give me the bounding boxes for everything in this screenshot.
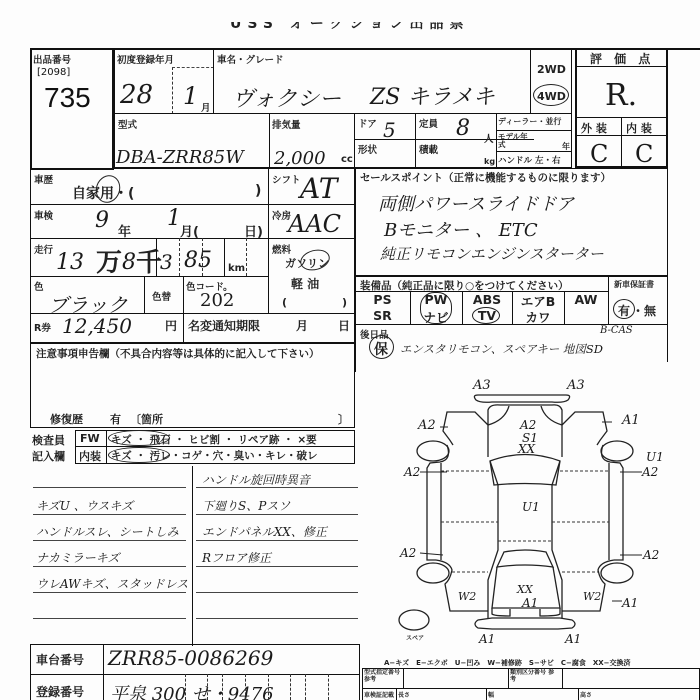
mark: U1 xyxy=(646,450,664,464)
mark: A2 xyxy=(418,418,436,433)
mark: A2 xyxy=(643,548,659,562)
length-label: 長さ xyxy=(398,690,410,699)
mark: A3 xyxy=(567,378,585,393)
chassis-value: ZRR85-0086269 xyxy=(108,646,273,670)
mark: W2 xyxy=(458,590,476,603)
mark: U1 xyxy=(522,500,540,514)
registration-value: 平泉 300 せ・9476 xyxy=(110,680,274,700)
mark: A2 xyxy=(404,465,420,479)
mark: A2 xyxy=(520,418,536,432)
mark: A3 xyxy=(473,378,491,393)
type-number-label: 型式指定番号 参考 xyxy=(364,669,402,683)
width-label: 幅 xyxy=(488,690,494,699)
mark: XX xyxy=(518,442,535,456)
mark: A1 xyxy=(479,632,495,646)
mark: A1 xyxy=(622,596,638,610)
height-label: 高さ xyxy=(580,690,592,699)
registration-label: 登録番号 xyxy=(36,683,84,700)
mark: A2 xyxy=(642,465,658,479)
size-label: 車検証記載 xyxy=(364,690,394,699)
mark: A1 xyxy=(565,632,581,646)
mark: A2 xyxy=(400,546,416,560)
mark: XX xyxy=(517,583,533,596)
spare-label: スペア xyxy=(406,633,424,642)
chassis-label: 車台番号 xyxy=(36,651,84,668)
mark: A1 xyxy=(522,596,538,610)
class-number-label: 類別区分番号 参考 xyxy=(510,669,560,683)
mark: W2 xyxy=(583,590,601,603)
mark: A1 xyxy=(622,413,640,428)
damage-legend: A−キズ E−エクボ U−凹み W−補修跡 S−サビ C−腐食 XX−交換済 xyxy=(384,658,631,668)
